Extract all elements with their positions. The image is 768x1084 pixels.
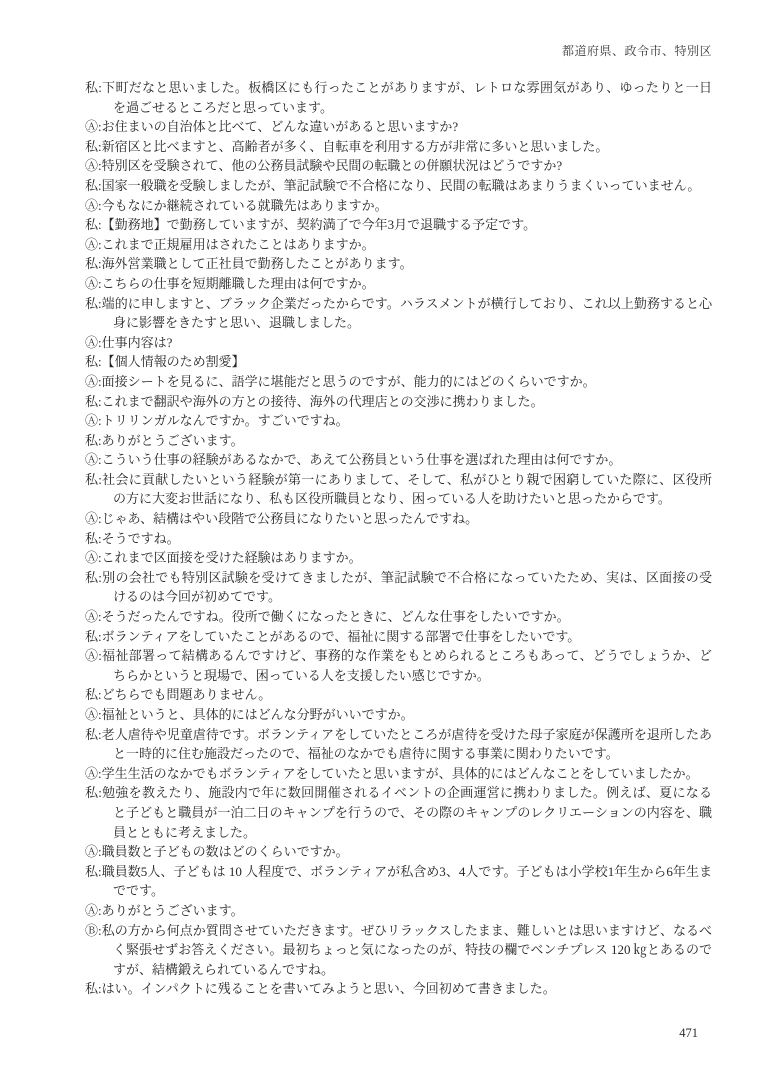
speaker-label: Ⓐ (85, 844, 98, 859)
utterance-text: こういう仕事の経験があるなかで、あえて公務員という仕事を選ばれた理由は何ですか。 (102, 452, 622, 467)
dialogue-utterance: Ⓐ:これまで正規雇用はされたことはありますか。 (85, 235, 712, 255)
speaker-label: 私 (85, 433, 98, 448)
utterance-text: 【個人情報のため割愛】 (102, 354, 245, 369)
utterance-text: 社会に貢献したいという経験が第一にありまして、そして、私がひとり親で困窮していた… (102, 472, 712, 507)
dialogue-utterance: Ⓐ:ありがとうございます。 (85, 901, 712, 921)
dialogue-utterance: Ⓐ:お住まいの自治体と比べて、どんな違いがあると思いますか? (85, 117, 712, 137)
dialogue-utterance: 私:職員数5人、子どもは 10 人程度で、ボランティアが私含め3、4人です。子ど… (85, 862, 712, 901)
speaker-label: Ⓐ (85, 276, 98, 291)
utterance-text: 下町だなと思いました。板橋区にも行ったことがありますが、レトロな雰囲気があり、ゆ… (102, 80, 712, 115)
speaker-label: 私 (85, 354, 98, 369)
speaker-label: 私 (85, 629, 98, 644)
utterance-text: そうだったんですね。役所で働くになったときに、どんな仕事をしたいですか。 (102, 609, 570, 624)
speaker-label: 私 (85, 727, 98, 742)
dialogue-utterance: Ⓐ:こういう仕事の経験があるなかで、あえて公務員という仕事を選ばれた理由は何です… (85, 450, 712, 470)
speaker-label: Ⓐ (85, 198, 98, 213)
page-number: 471 (679, 1026, 698, 1041)
speaker-label: Ⓐ (85, 119, 98, 134)
utterance-text: トリリンガルなんですか。すごいですね。 (102, 413, 349, 428)
utterance-text: 職員数5人、子どもは 10 人程度で、ボランティアが私含め3、4人です。子どもは… (102, 864, 712, 899)
speaker-label: 私 (85, 394, 98, 409)
speaker-label: Ⓐ (85, 158, 98, 173)
dialogue-utterance: 私:勉強を教えたり、施設内で年に数回開催されるイベントの企画運営に携わりました。… (85, 783, 712, 842)
dialogue-utterance: 私:別の会社でも特別区試験を受けてきましたが、筆記試験で不合格になっていたため、… (85, 568, 712, 607)
speaker-label: Ⓐ (85, 413, 98, 428)
dialogue-utterance: Ⓐ:福祉部署って結構あるんですけど、事務的な作業をもとめられるところもあって、ど… (85, 646, 712, 685)
speaker-label: 私 (85, 785, 98, 800)
dialogue-utterance: Ⓑ:私の方から何点か質問させていただきます。ぜひリラックスしたまま、難しいとは思… (85, 921, 712, 980)
speaker-label: Ⓐ (85, 648, 98, 663)
utterance-text: 国家一般職を受験しましたが、筆記試験で不合格になり、民間の転職はあまりうまくいっ… (102, 178, 701, 193)
dialogue-utterance: 私:端的に申しますと、ブラック企業だったからです。ハラスメントが横行しており、こ… (85, 294, 712, 333)
utterance-text: 特別区を受験されて、他の公務員試験や民間の転職との併願状況はどうですか? (102, 158, 563, 173)
dialogue-utterance: Ⓐ:こちらの仕事を短期離職した理由は何ですか。 (85, 274, 712, 294)
speaker-label: 私 (85, 139, 98, 154)
running-header: 都道府県、政令市、特別区 (562, 42, 712, 59)
utterance-text: こちらの仕事を短期離職した理由は何ですか。 (102, 276, 375, 291)
utterance-text: 福祉というと、具体的にはどんな分野がいいですか。 (102, 707, 414, 722)
utterance-text: 老人虐待や児童虐待です。ボランティアをしていたところが虐待を受けた母子家庭が保護… (102, 727, 712, 762)
speaker-label: 私 (85, 687, 98, 702)
utterance-text: 別の会社でも特別区試験を受けてきましたが、筆記試験で不合格になっていたため、実は… (102, 570, 712, 605)
dialogue-utterance: Ⓐ:福祉というと、具体的にはどんな分野がいいですか。 (85, 705, 712, 725)
speaker-label: 私 (85, 531, 98, 546)
speaker-label: Ⓐ (85, 903, 98, 918)
utterance-text: 勉強を教えたり、施設内で年に数回開催されるイベントの企画運営に携わりました。例え… (102, 785, 712, 839)
dialogue-utterance: Ⓐ:学生生活のなかでもボランティアをしていたと思いますが、具体的にはどんなことを… (85, 764, 712, 784)
speaker-label: Ⓑ (85, 923, 98, 938)
dialogue-transcript: 私:下町だなと思いました。板橋区にも行ったことがありますが、レトロな雰囲気があり… (85, 78, 712, 999)
speaker-label: Ⓐ (85, 237, 98, 252)
dialogue-utterance: 私:【勤務地】で勤務していますが、契約満了で今年3月で退職する予定です。 (85, 215, 712, 235)
speaker-label: Ⓐ (85, 452, 98, 467)
utterance-text: 【勤務地】で勤務していますが、契約満了で今年3月で退職する予定です。 (102, 217, 536, 232)
utterance-text: 私の方から何点か質問させていただきます。ぜひリラックスしたまま、難しいとは思いま… (102, 923, 712, 977)
utterance-text: じゃあ、結構はやい段階で公務員になりたいと思ったんですね。 (102, 511, 478, 526)
dialogue-utterance: 私:これまで翻訳や海外の方との接待、海外の代理店との交渉に携わりました。 (85, 392, 712, 412)
dialogue-utterance: Ⓐ:じゃあ、結構はやい段階で公務員になりたいと思ったんですね。 (85, 509, 712, 529)
dialogue-utterance: 私:新宿区と比べますと、高齢者が多く、自転車を利用する方が非常に多いと思いました… (85, 137, 712, 157)
utterance-text: 海外営業職として正社員で勤務したことがあります。 (102, 256, 413, 271)
utterance-text: ありがとうございます。 (102, 903, 244, 918)
utterance-text: どちらでも問題ありません。 (102, 687, 272, 702)
dialogue-utterance: 私:ボランティアをしていたことがあるので、福祉に関する部署で仕事をしたいです。 (85, 627, 712, 647)
speaker-label: 私 (85, 472, 98, 487)
utterance-text: 面接シートを見るに、語学に堪能だと思うのですが、能力的にはどのくらいですか。 (102, 374, 596, 389)
utterance-text: はい。インパクトに残ることを書いてみようと思い、今回初めて書きました。 (102, 981, 556, 996)
speaker-label: 私 (85, 296, 98, 311)
speaker-label: Ⓐ (85, 374, 98, 389)
utterance-text: これまで正規雇用はされたことはありますか。 (102, 237, 375, 252)
dialogue-utterance: Ⓐ:これまで区面接を受けた経験はありますか。 (85, 548, 712, 568)
speaker-label: 私 (85, 864, 98, 879)
speaker-label: 私 (85, 570, 98, 585)
utterance-text: これまで区面接を受けた経験はありますか。 (102, 550, 362, 565)
utterance-text: そうですね。 (102, 531, 180, 546)
speaker-label: Ⓐ (85, 609, 98, 624)
speaker-label: 私 (85, 256, 98, 271)
utterance-text: ボランティアをしていたことがあるので、福祉に関する部署で仕事をしたいです。 (102, 629, 581, 644)
speaker-label: Ⓐ (85, 707, 98, 722)
speaker-label: Ⓐ (85, 335, 98, 350)
speaker-label: Ⓐ (85, 766, 98, 781)
dialogue-utterance: 私:そうですね。 (85, 529, 712, 549)
dialogue-utterance: Ⓐ:トリリンガルなんですか。すごいですね。 (85, 411, 712, 431)
speaker-label: Ⓐ (85, 511, 98, 526)
dialogue-utterance: 私:国家一般職を受験しましたが、筆記試験で不合格になり、民間の転職はあまりうまく… (85, 176, 712, 196)
dialogue-utterance: Ⓐ:そうだったんですね。役所で働くになったときに、どんな仕事をしたいですか。 (85, 607, 712, 627)
dialogue-utterance: 私:下町だなと思いました。板橋区にも行ったことがありますが、レトロな雰囲気があり… (85, 78, 712, 117)
speaker-label: Ⓐ (85, 550, 98, 565)
speaker-label: 私 (85, 80, 98, 95)
speaker-label: 私 (85, 178, 98, 193)
dialogue-utterance: 私:ありがとうございます。 (85, 431, 712, 451)
dialogue-utterance: 私:【個人情報のため割愛】 (85, 352, 712, 372)
dialogue-utterance: 私:老人虐待や児童虐待です。ボランティアをしていたところが虐待を受けた母子家庭が… (85, 725, 712, 764)
utterance-text: 職員数と子どもの数はどのくらいですか。 (102, 844, 349, 859)
dialogue-utterance: Ⓐ:今もなにか継続されている就職先はありますか。 (85, 196, 712, 216)
utterance-text: 仕事内容は? (102, 335, 173, 350)
dialogue-utterance: 私:どちらでも問題ありません。 (85, 685, 712, 705)
dialogue-utterance: Ⓐ:仕事内容は? (85, 333, 712, 353)
speaker-label: 私 (85, 981, 98, 996)
utterance-text: 学生生活のなかでもボランティアをしていたと思いますが、具体的にはどんなことをして… (102, 766, 699, 781)
dialogue-utterance: Ⓐ:職員数と子どもの数はどのくらいですか。 (85, 842, 712, 862)
utterance-text: 新宿区と比べますと、高齢者が多く、自転車を利用する方が非常に多いと思いました。 (102, 139, 609, 154)
speaker-label: 私 (85, 217, 98, 232)
utterance-text: ありがとうございます。 (102, 433, 244, 448)
utterance-text: 福祉部署って結構あるんですけど、事務的な作業をもとめられるところもあって、どうで… (102, 648, 712, 683)
utterance-text: これまで翻訳や海外の方との接待、海外の代理店との交渉に携わりました。 (102, 394, 544, 409)
utterance-text: お住まいの自治体と比べて、どんな違いがあると思いますか? (102, 119, 459, 134)
utterance-text: 今もなにか継続されている就職先はありますか。 (102, 198, 388, 213)
dialogue-utterance: Ⓐ:面接シートを見るに、語学に堪能だと思うのですが、能力的にはどのくらいですか。 (85, 372, 712, 392)
utterance-text: 端的に申しますと、ブラック企業だったからです。ハラスメントが横行しており、これ以… (102, 296, 712, 331)
dialogue-utterance: 私:海外営業職として正社員で勤務したことがあります。 (85, 254, 712, 274)
dialogue-utterance: 私:社会に貢献したいという経験が第一にありまして、そして、私がひとり親で困窮して… (85, 470, 712, 509)
dialogue-utterance: Ⓐ:特別区を受験されて、他の公務員試験や民間の転職との併願状況はどうですか? (85, 156, 712, 176)
dialogue-utterance: 私:はい。インパクトに残ることを書いてみようと思い、今回初めて書きました。 (85, 979, 712, 999)
